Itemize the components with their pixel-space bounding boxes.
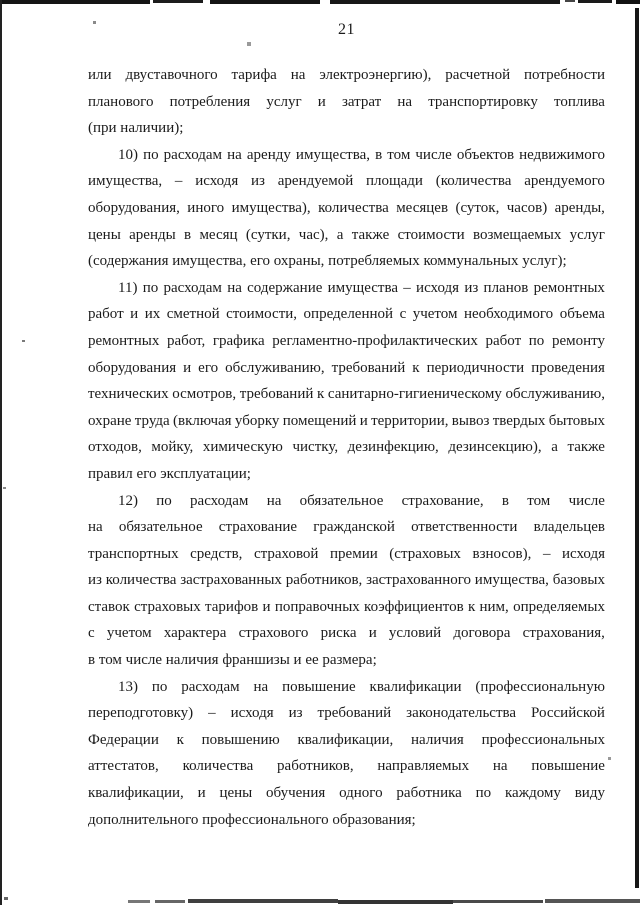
scan-artifact-left-edge <box>0 0 2 905</box>
scan-speck <box>608 757 611 760</box>
scan-artifact-top-edge <box>330 0 560 4</box>
scan-artifact-top-edge <box>210 0 320 4</box>
text-line: 10)порасходамнаарендуимущества,втомчисле… <box>88 142 605 169</box>
text-line: отходов,мойку,химическуючистку,дезинфекц… <box>88 434 605 461</box>
scan-artifact-bottom-edge <box>545 899 640 903</box>
text-line: ценыарендывмесяц(сутки,час),атакжестоимо… <box>88 222 605 249</box>
scan-artifact-bottom-edge <box>338 900 453 904</box>
text-line: (содержания имущества, его охраны, потре… <box>88 248 605 275</box>
scan-speck <box>3 487 6 489</box>
text-line: 13)порасходамнаповышениеквалификации(про… <box>88 674 605 701</box>
scan-speck <box>4 897 8 900</box>
scan-artifact-bottom-edge <box>188 899 338 903</box>
scanned-document-page: 21 илидвуставочноготарифанаэлектроэнерги… <box>0 0 640 905</box>
text-line: оборудованияиегообслуживанию,требованийк… <box>88 355 605 382</box>
scan-artifact-right-edge <box>635 8 639 888</box>
text-line: плановогопотребленияуслугизатратнатрансп… <box>88 89 605 116</box>
text-line: 12)порасходамнаобязательноестрахование,в… <box>88 488 605 515</box>
text-line: дополнительного профессионального образо… <box>88 807 605 834</box>
text-line: работиихсметнойстоимости,определеннойсуч… <box>88 301 605 328</box>
text-line: илидвуставочноготарифанаэлектроэнергию),… <box>88 62 605 89</box>
scan-artifact-top-edge <box>578 0 612 3</box>
text-line: охранетруда(включаяуборкупомещенийитерри… <box>88 408 605 435</box>
text-line: в том числе наличия франшизы и ее размер… <box>88 647 605 674</box>
text-line: наобязательноестрахованиегражданскойотве… <box>88 514 605 541</box>
text-line: имущества,–исходяизарендуемойплощади(кол… <box>88 168 605 195</box>
text-line: (при наличии); <box>88 115 605 142</box>
text-line: правил его эксплуатации; <box>88 461 605 488</box>
scan-artifact-top-edge <box>616 0 640 4</box>
scan-speck <box>22 340 25 342</box>
text-line: аттестатов,количестваработников,направля… <box>88 753 605 780</box>
scan-artifact-top-edge <box>153 0 203 3</box>
scan-artifact-bottom-edge <box>128 900 150 903</box>
scan-artifact-bottom-edge <box>453 900 543 903</box>
text-line: Федерациикповышениюквалификации,наличияп… <box>88 727 605 754</box>
text-line: ставокстраховыхтарифовипоправочныхкоэффи… <box>88 594 605 621</box>
scan-artifact-bottom-edge <box>155 900 185 903</box>
text-line: переподготовку)–исходяизтребованийзаконо… <box>88 700 605 727</box>
text-line: изколичествазастрахованныхработников,зас… <box>88 567 605 594</box>
document-body: илидвуставочноготарифанаэлектроэнергию),… <box>88 62 605 833</box>
text-line: сучетомхарактерастраховогорискаиусловийд… <box>88 620 605 647</box>
text-line: транспортныхсредств,страховойпремии(стра… <box>88 541 605 568</box>
text-line: 11)порасходамнасодержаниеимущества–исход… <box>88 275 605 302</box>
text-line: оборудования,иногоимущества),количествам… <box>88 195 605 222</box>
text-line: техническихосмотров,требованийксанитарно… <box>88 381 605 408</box>
scan-artifact-top-edge <box>565 0 575 2</box>
page-number: 21 <box>88 20 605 40</box>
text-line: квалификации,иценыобученияодногоработник… <box>88 780 605 807</box>
text-line: ремонтныхработ,графикарегламентно-профил… <box>88 328 605 355</box>
scan-artifact-top-edge <box>0 0 150 4</box>
text-column: 21 илидвуставочноготарифанаэлектроэнерги… <box>88 20 605 833</box>
